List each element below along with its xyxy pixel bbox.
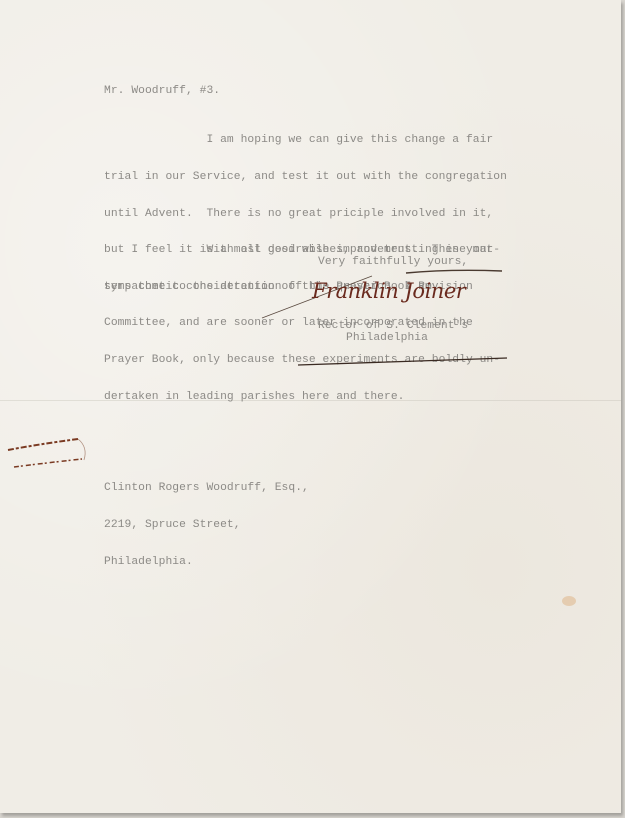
recipient-address: Clinton Rogers Woodruff, Esq., 2219, Spr… <box>104 458 309 592</box>
recipient-street: 2219, Spruce Street, <box>104 519 309 531</box>
recipient-city: Philadelphia. <box>104 556 309 568</box>
pen-strokes <box>0 0 621 813</box>
signer-title: Rector of S. Clement's <box>318 320 468 332</box>
signer-city: Philadelphia <box>346 332 428 344</box>
signature: Franklin Joiner <box>312 279 465 303</box>
letter-page: Mr. Woodruff, #3. I am hoping we can giv… <box>0 0 621 813</box>
recipient-name: Clinton Rogers Woodruff, Esq., <box>104 482 309 494</box>
paper-stain <box>562 596 576 606</box>
